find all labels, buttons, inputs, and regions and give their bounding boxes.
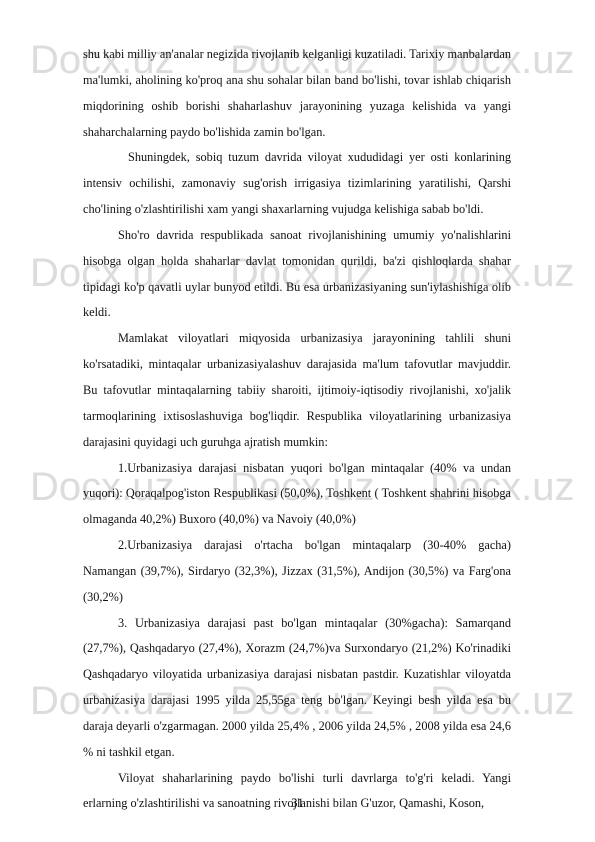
paragraph-group-medium: 2.Urbanizasiya darajasi o'rtacha bo'lgan… (83, 533, 511, 611)
paragraph-soviet-industrialization: Sho'ro davrida respublikada sanoat rivoj… (83, 223, 511, 326)
paragraph-soviet-era-mining: Shuningdek, sobiq tuzum davrida viloyat … (83, 145, 511, 223)
document-body: shu kabi milliy an'analar negizida rivoj… (83, 42, 511, 817)
paragraph-group-low: 3. Urbanizasiya darajasi past bo'lgan mi… (83, 611, 511, 766)
document-page: Docx.uz Docx.uz Docx.uz Docx.uz Docx.uz … (0, 0, 595, 842)
paragraph-group-high: 1.Urbanizasiya darajasi nisbatan yuqori … (83, 456, 511, 534)
paragraph-regional-analysis: Mamlakat viloyatlari miqyosida urbanizas… (83, 326, 511, 455)
paragraph-continuation: shu kabi milliy an'analar negizida rivoj… (83, 42, 511, 145)
page-number: 31 (0, 796, 595, 811)
